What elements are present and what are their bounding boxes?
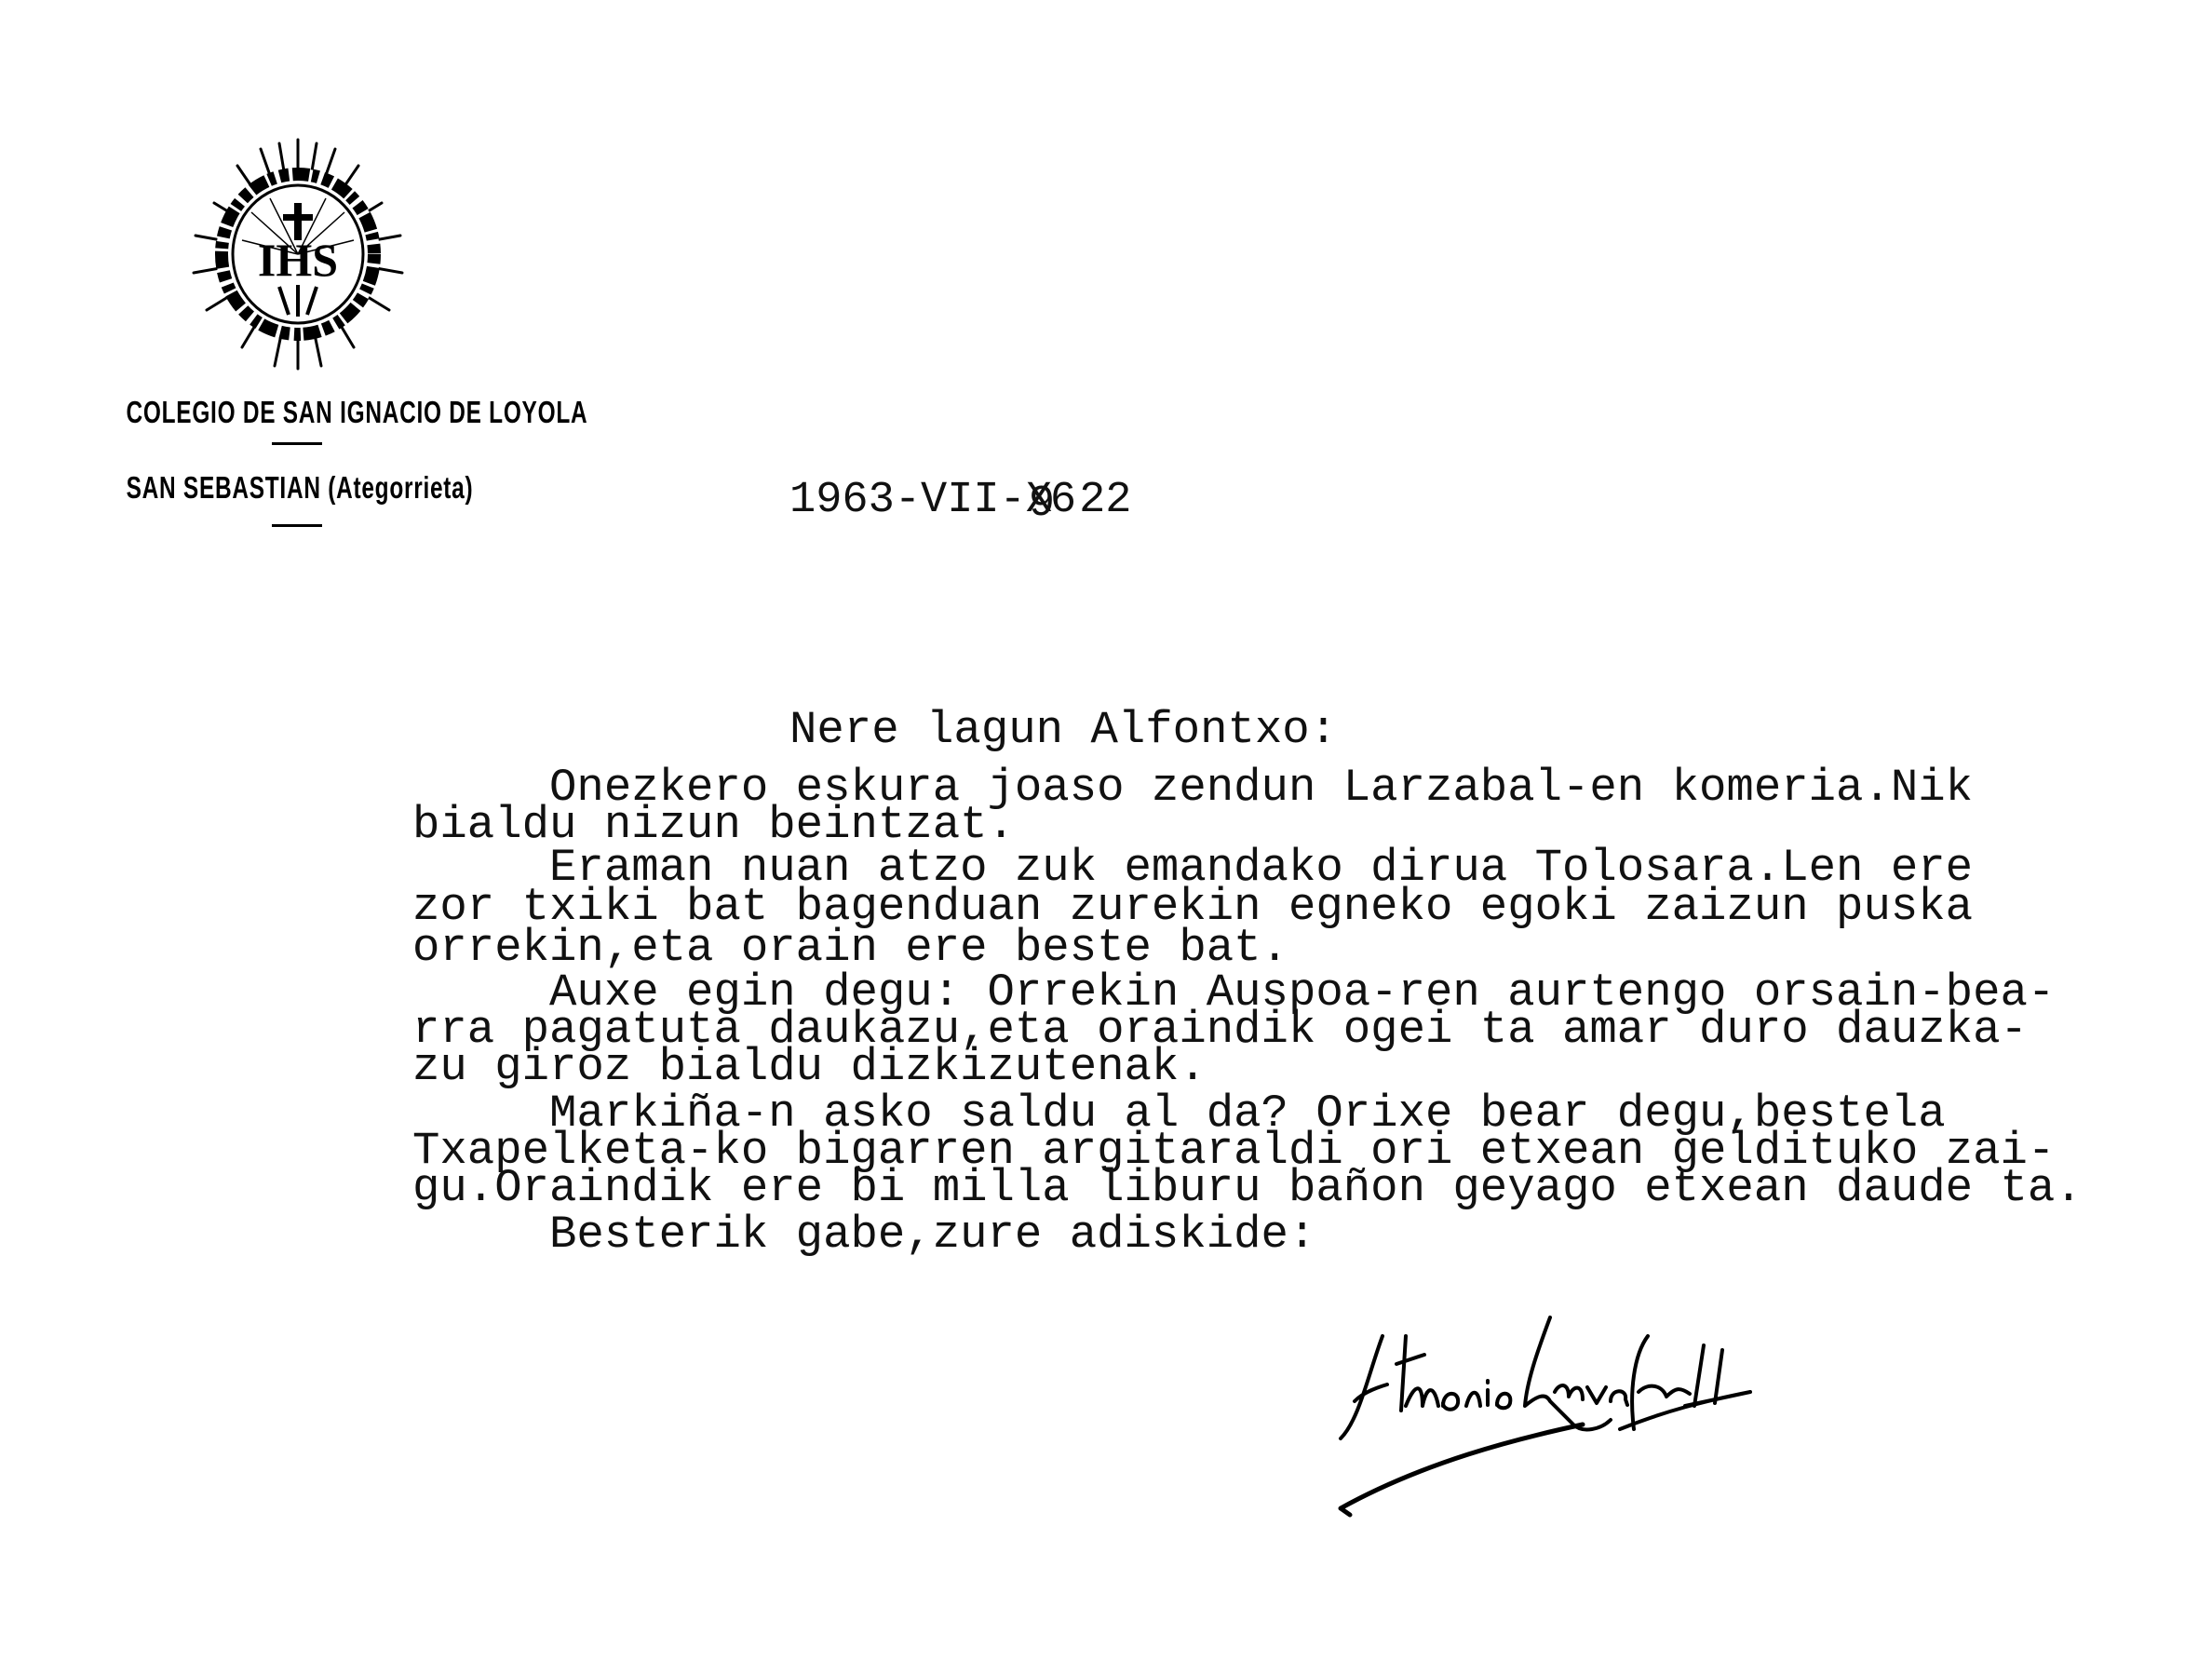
overstrike-char: 6 xyxy=(1050,479,1076,522)
letter-page: IHS COLEGIO DE SAN IGNACIO DE LOYOLA SAN… xyxy=(0,0,2212,1661)
body-line: orrekin,eta orain ere beste bat. xyxy=(412,925,1288,971)
handwritten-signature-icon xyxy=(1313,1299,1797,1569)
letterhead-divider xyxy=(272,524,322,527)
svg-text:IHS: IHS xyxy=(258,234,338,286)
body-line: zu giroz bialdu dizkizutenak. xyxy=(412,1045,1207,1090)
letterhead-divider xyxy=(272,442,322,445)
letter-date: 1963-VII-X9622 xyxy=(789,479,1131,522)
date-prefix: 1963-VII- xyxy=(789,476,1026,525)
salutation: Nere lagun Alfontxo: xyxy=(789,708,1337,753)
body-line: Besterik gabe,zure adiskide: xyxy=(412,1212,1315,1258)
date-day: 22 xyxy=(1079,476,1131,525)
institution-name: COLEGIO DE SAN IGNACIO DE LOYOLA xyxy=(127,395,474,430)
ihs-crest-icon: IHS xyxy=(186,138,410,371)
body-line: gu.Oraindik ere bi milla liburu bañon ge… xyxy=(412,1166,2083,1211)
date-overstrike: X96 xyxy=(1026,479,1052,522)
institution-city: SAN SEBASTIAN (Ategorrieta) xyxy=(127,470,474,506)
